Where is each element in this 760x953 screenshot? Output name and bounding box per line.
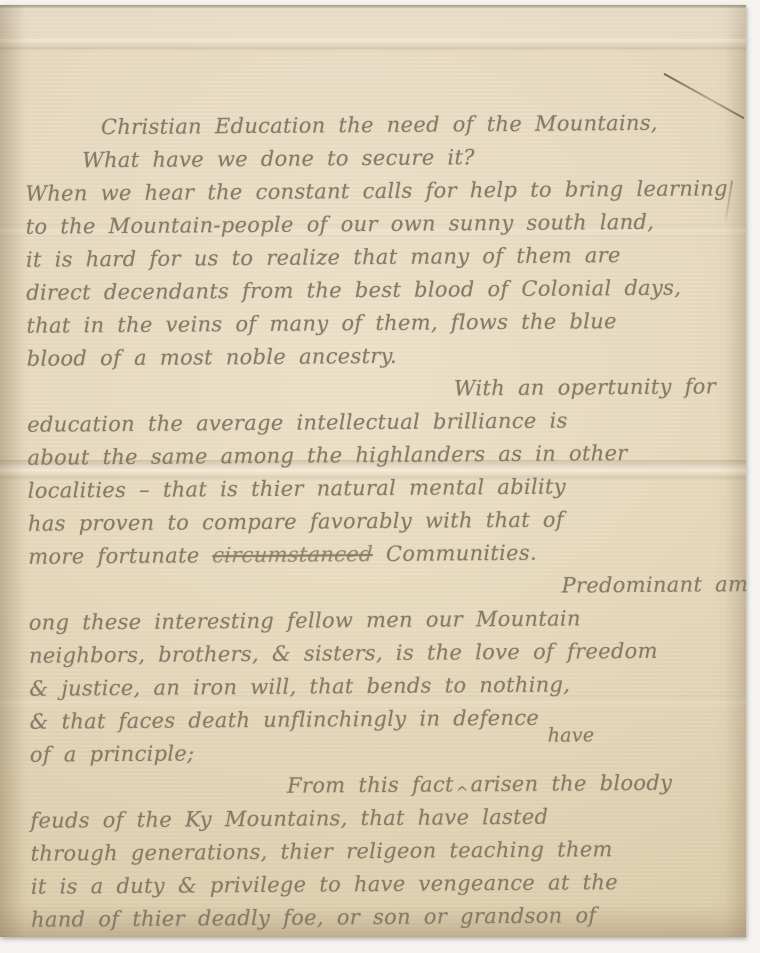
handwritten-line: neighbors, brothers, & sisters, is the l… bbox=[29, 634, 729, 672]
handwritten-line: blood of a most noble ancestry. bbox=[27, 337, 727, 375]
insertion-caret: ^ bbox=[454, 783, 471, 801]
title-line: Christian Education the need of the Moun… bbox=[25, 106, 725, 144]
handwritten-line: it is hard for us to realize that many o… bbox=[26, 238, 726, 276]
handwritten-line: localities – that is thier natural menta… bbox=[28, 469, 728, 507]
line-text: of a principle; bbox=[30, 741, 195, 766]
handwritten-line: ong these interesting fellow men our Mou… bbox=[29, 601, 729, 639]
handwritten-line: through generations, thier religeon teac… bbox=[30, 832, 730, 870]
handwritten-line: feuds of the Ky Mountains, that have las… bbox=[30, 799, 730, 837]
handwritten-line: direct decendants from the best blood of… bbox=[26, 271, 726, 309]
handwritten-line: When we hear the constant calls for help… bbox=[25, 172, 725, 210]
inserted-word-above-line: have bbox=[548, 726, 595, 745]
handwritten-line: has proven to compare favorably with tha… bbox=[28, 502, 728, 540]
handwritten-line: about the same among the highlanders as … bbox=[27, 436, 727, 474]
handwritten-line: Predominant am bbox=[28, 568, 728, 606]
handwritten-line: education the average intellectual brill… bbox=[27, 403, 727, 441]
subtitle-line: What have we done to secure it? bbox=[25, 139, 725, 177]
handwritten-line: that in the veins of many of them, flows… bbox=[26, 304, 726, 342]
line-text: arisen the bloody bbox=[471, 771, 673, 797]
handwritten-line: & that faces death unflinchingly in defe… bbox=[29, 700, 729, 738]
line-text: more fortunate bbox=[28, 543, 212, 568]
manuscript-page: Christian Education the need of the Moun… bbox=[0, 5, 746, 937]
handwritten-line: & justice, an iron will, that bends to n… bbox=[29, 667, 729, 705]
handwritten-line: hand of thier deadly foe, or son or gran… bbox=[31, 898, 731, 936]
handwritten-line-with-caret: From this fact^arisen the bloody bbox=[30, 766, 730, 804]
paper-top-edge bbox=[0, 5, 746, 8]
handwritten-line: With an opertunity for bbox=[27, 370, 727, 408]
handwritten-line-with-strikethrough: more fortunate circumstanced Communities… bbox=[28, 535, 728, 573]
handwritten-line-with-insertion: of a principle;have bbox=[30, 733, 730, 771]
line-text: Communities. bbox=[373, 541, 537, 566]
fold-crease-top bbox=[0, 39, 746, 51]
struck-word: circumstanced bbox=[211, 538, 374, 572]
handwritten-line: to the Mountain-people of our own sunny … bbox=[26, 205, 726, 243]
handwritten-line: it is a duty & privilege to have vengean… bbox=[31, 865, 731, 903]
handwritten-text: Christian Education the need of the Moun… bbox=[25, 106, 731, 936]
document-photo: Christian Education the need of the Moun… bbox=[0, 0, 760, 953]
line-text: From this fact bbox=[287, 772, 454, 797]
